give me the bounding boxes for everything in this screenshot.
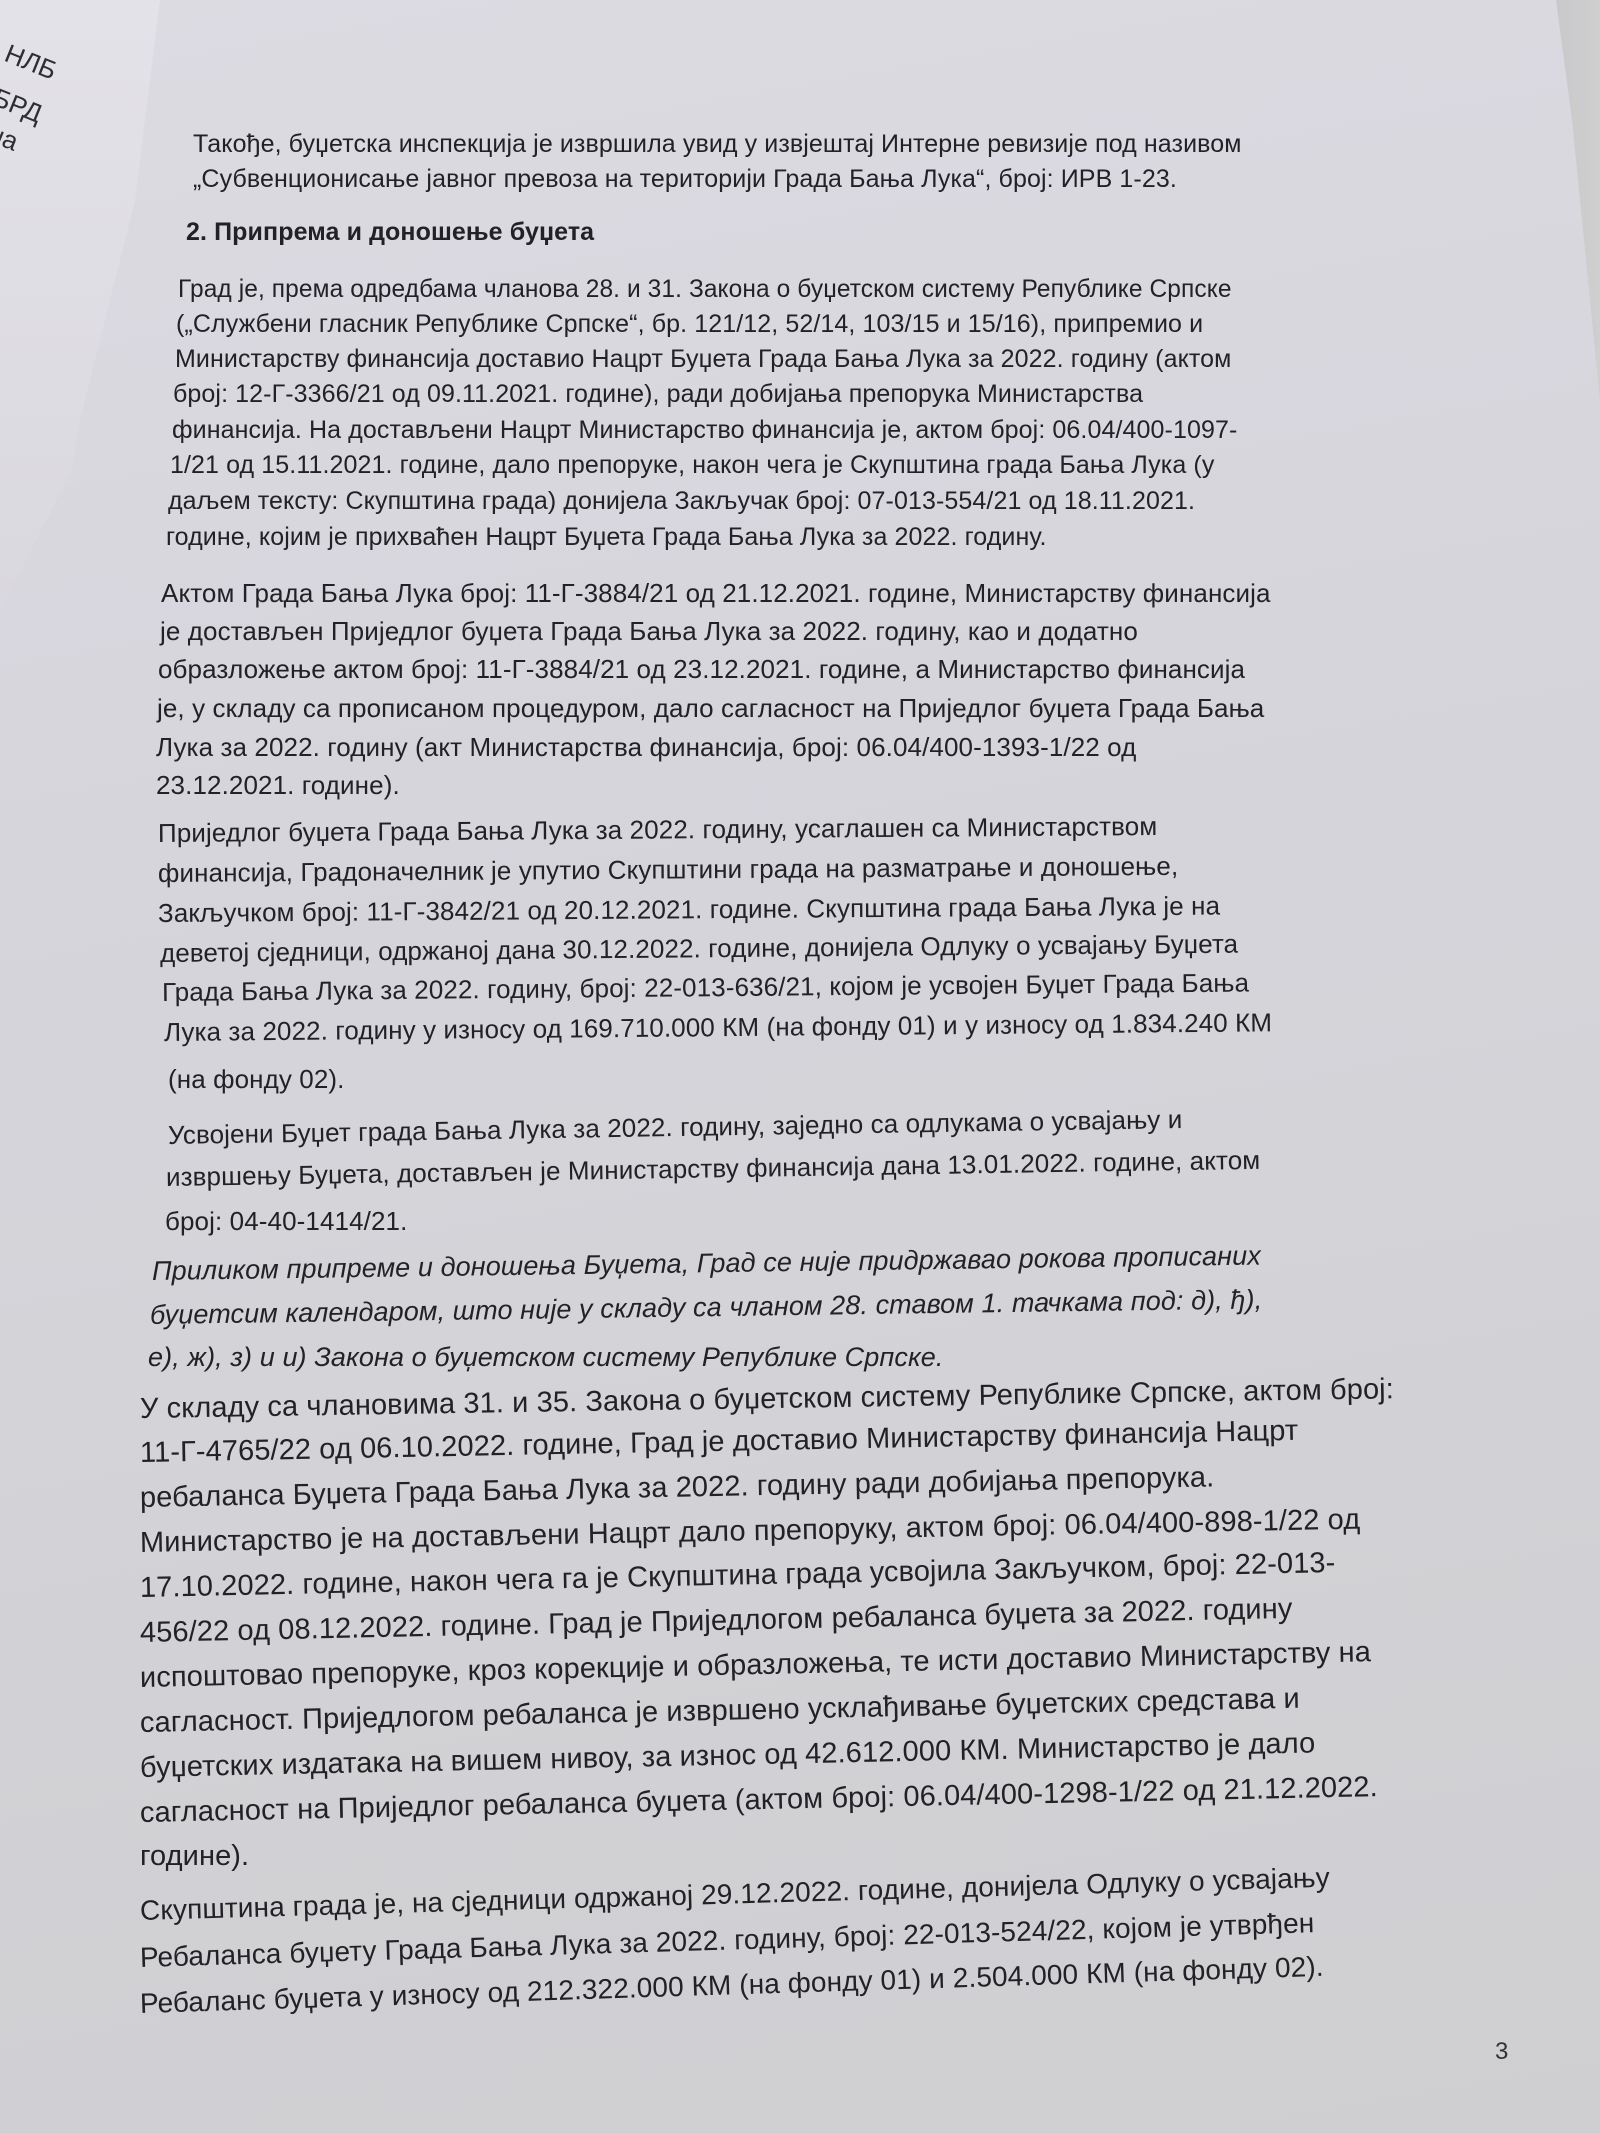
paragraph-line: ребаланса Буџета Града Бања Лука за 2022… [140, 1461, 1215, 1515]
paragraph-line: Лука за 2022. годину у износу од 169.710… [164, 1007, 1272, 1048]
finding-line: Приликом припреме и доношења Буџета, Гра… [152, 1241, 1261, 1287]
paragraph-line: деветој сједници, одржаној дана 30.12.20… [160, 929, 1238, 969]
paragraph-line: (на фонду 02). [168, 1064, 345, 1095]
paragraph-line: Лука за 2022. годину (акт Министарства ф… [156, 732, 1136, 763]
document-body: Такође, буџетска инспекција је извршила … [0, 0, 1600, 2133]
paragraph-line: финансија, Градоначелник је упутио Скупш… [158, 851, 1178, 889]
intro-line: Такође, буџетска инспекција је извршила … [193, 130, 1242, 159]
paragraph-line: Приједлог буџета Града Бања Лука за 2022… [158, 811, 1157, 849]
paragraph-line: 23.12.2021. године). [156, 770, 400, 801]
paragraph-line: извршењу Буџета, достављен је Министарст… [166, 1145, 1261, 1193]
paragraph-line: Град је, према одредбама чланова 28. и 3… [178, 275, 1232, 304]
paragraph-line: Министарству финансија доставио Нацрт Бу… [175, 345, 1231, 374]
paragraph-line: је, у складу са прописаном процедуром, д… [157, 693, 1264, 724]
paragraph-line: Актом Града Бања Лука број: 11-Г-3884/21… [161, 578, 1271, 609]
finding-line: е), ж), з) и и) Закона о буџетском систе… [148, 1342, 944, 1373]
paragraph-line: („Службени гласник Републике Српске“, бр… [176, 310, 1203, 339]
paragraph-line: образложење актом број: 11-Г-3884/21 од … [158, 654, 1245, 685]
paragraph-line: Закључком број: 11-Г-3842/21 од 20.12.20… [158, 891, 1220, 929]
page-number: 3 [1495, 2038, 1508, 2066]
paragraph-line: финансија. На достављени Нацрт Министарс… [172, 416, 1237, 445]
paragraph-line: даљем тексту: Скупштина града) донијела … [168, 487, 1195, 516]
paragraph-line: број: 04-40-1414/21. [165, 1206, 407, 1237]
fragment-text: НЛБ [0, 38, 61, 87]
section-heading: 2. Припрема и доношење буџета [186, 218, 594, 247]
paragraph-line: године, којим је прихваћен Нацрт Буџета … [166, 523, 1047, 552]
paragraph-line: године). [140, 1840, 249, 1873]
paragraph-line: број: 12-Г-3366/21 од 09.11.2021. године… [173, 380, 1143, 409]
paragraph-line: 1/21 од 15.11.2021. године, дало препору… [170, 451, 1214, 480]
paragraph-line: Града Бања Лука за 2022. годину, број: 2… [162, 968, 1249, 1008]
fragment-text: на [0, 118, 23, 158]
paragraph-line: је достављен Приједлог буџета Града Бања… [160, 616, 1138, 647]
finding-line: буџетсим календаром, што није у складу с… [150, 1284, 1263, 1331]
paragraph-line: Усвојени Буџет града Бања Лука за 2022. … [168, 1104, 1183, 1151]
intro-line: „Субвенционисање јавног превоза на терит… [193, 165, 1177, 194]
